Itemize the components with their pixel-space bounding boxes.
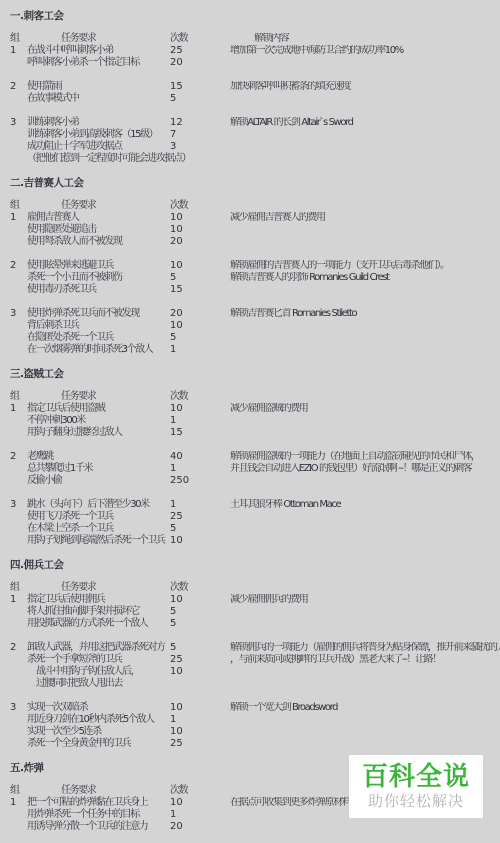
task-cell: 老鹰跳 bbox=[27, 451, 167, 463]
task-cell: 使用隐匿处避追击 bbox=[27, 224, 167, 236]
column-header-group: 组 bbox=[10, 33, 27, 45]
table-row: 杀死一个小丑而不被刺伤5解锁吉普赛人的羽饰 Romanies Guild Cre… bbox=[10, 272, 500, 284]
group-number: 3 bbox=[10, 499, 27, 511]
table-row: 杀死一个全身黄金甲的卫兵25 bbox=[10, 738, 500, 750]
unlock-cell: 解锁吉普赛人的羽饰 Romanies Guild Crest bbox=[230, 272, 500, 284]
count-cell: 15 bbox=[167, 427, 230, 439]
table-row: 呼叫刺客小弟杀一个指定目标20 bbox=[10, 57, 500, 69]
column-header-unlock bbox=[230, 200, 500, 212]
table-row: 1在战斗中呼叫刺客小弟25增加第一次完成地中海防卫合约的成功率10% bbox=[10, 45, 500, 57]
count-cell: 25 bbox=[167, 738, 230, 750]
task-cell: 用钩子划绳到尾端然后杀死一个卫兵 bbox=[27, 535, 167, 547]
task-cell: 呼叫刺客小弟杀一个指定目标 bbox=[27, 57, 167, 69]
task-cell: 把一个可粘的炸弹黏在卫兵身上 bbox=[27, 797, 167, 809]
unlock-cell: 解锁雇佣的吉普赛人的一项能力（支开卫兵后毒杀他们）。 bbox=[230, 260, 500, 272]
task-cell: 在一次烟雾弹的时间杀死3个敌人 bbox=[27, 344, 167, 356]
task-group: 3训练刺客小弟12解锁ALTAIR 的长剑 Altair`s Sword训练刺客… bbox=[10, 117, 500, 165]
table-row: 将人抓住推向脚手架并损坏它5 bbox=[10, 606, 500, 618]
count-cell: 1 bbox=[167, 463, 230, 475]
count-cell: 1 bbox=[167, 415, 230, 427]
unlock-cell bbox=[230, 141, 500, 153]
column-header-task: 任务要求 bbox=[27, 200, 167, 212]
task-cell: 用投掷武器的方式杀死一个敌人 bbox=[27, 618, 167, 630]
table-row: 背后刺杀卫兵10 bbox=[10, 320, 500, 332]
section-title: 二.吉普赛人工会 bbox=[10, 177, 500, 189]
count-cell: 12 bbox=[167, 117, 230, 129]
group-number bbox=[10, 141, 27, 153]
table-row: 在故事模式中5 bbox=[10, 93, 500, 105]
table-row: 不停冲刺300米1 bbox=[10, 415, 500, 427]
unlock-cell bbox=[230, 320, 500, 332]
group-number bbox=[10, 415, 27, 427]
table-row: 2使用箭雨15加快刺客呼叫积蓄条的填充速度 bbox=[10, 81, 500, 93]
column-header-group: 组 bbox=[10, 582, 27, 594]
column-header-unlock bbox=[230, 582, 500, 594]
table-row: 在隐匿处杀死一个卫兵5 bbox=[10, 332, 500, 344]
guild-section: 四.佣兵工会组任务要求次数1指定卫兵后使用佣兵10减少雇佣佣兵的费用将人抓住推向… bbox=[10, 559, 500, 750]
group-number: 2 bbox=[10, 260, 27, 272]
task-cell: 使用毒刃杀死卫兵 bbox=[27, 284, 167, 296]
task-group: 2使用眩晕弹来逃避卫兵10解锁雇佣的吉普赛人的一项能力（支开卫兵后毒杀他们）。杀… bbox=[10, 260, 500, 296]
count-cell: 7 bbox=[167, 129, 230, 141]
count-cell: 5 bbox=[167, 272, 230, 284]
task-cell: 指定卫兵后使用盗贼 bbox=[27, 403, 167, 415]
task-cell: 使用眩晕弹来逃避卫兵 bbox=[27, 260, 167, 272]
unlock-cell bbox=[230, 427, 500, 439]
task-group: 2老鹰跳40解锁雇佣盗贼的一项能力（在地面上自动盗窃碰见的市民和尸体，总共攀爬过… bbox=[10, 451, 500, 487]
unlock-cell: ，与前来质问或挑衅的卫兵开战）黑老大来了--！让路！ bbox=[230, 654, 500, 666]
unlock-cell: 并且钱会自动进入EZIO 的钱包里）好流氓啊 --！哪是正义的刺客 bbox=[230, 463, 500, 475]
count-cell: 10 bbox=[167, 702, 230, 714]
count-cell: 5 bbox=[167, 332, 230, 344]
task-cell: 用炸弹杀死一个任务中的目标 bbox=[27, 809, 167, 821]
table-header-row: 组任务要求次数解锁内容 bbox=[10, 33, 500, 45]
group-number bbox=[10, 129, 27, 141]
count-cell: 5 bbox=[167, 606, 230, 618]
unlock-cell bbox=[230, 738, 500, 750]
count-cell bbox=[167, 153, 230, 165]
group-number bbox=[10, 427, 27, 439]
task-cell: 在隐匿处杀死一个卫兵 bbox=[27, 332, 167, 344]
column-header-task: 任务要求 bbox=[27, 391, 167, 403]
group-number bbox=[10, 511, 27, 523]
count-cell: 10 bbox=[167, 594, 230, 606]
count-cell: 10 bbox=[167, 224, 230, 236]
section-title: 四.佣兵工会 bbox=[10, 559, 500, 571]
task-cell: 训练刺客小弟 bbox=[27, 117, 167, 129]
table-row: 用投掷武器的方式杀死一个敌人5 bbox=[10, 618, 500, 630]
unlock-cell bbox=[230, 714, 500, 726]
count-cell: 20 bbox=[167, 57, 230, 69]
column-header-group: 组 bbox=[10, 200, 27, 212]
section-title: 一.刺客工会 bbox=[10, 10, 500, 22]
table-row: 2使用眩晕弹来逃避卫兵10解锁雇佣的吉普赛人的一项能力（支开卫兵后毒杀他们）。 bbox=[10, 260, 500, 272]
group-number bbox=[10, 678, 27, 690]
group-number: 2 bbox=[10, 642, 27, 654]
unlock-cell: 减少雇佣吉普赛人的费用 bbox=[230, 212, 500, 224]
count-cell: 1 bbox=[167, 499, 230, 511]
count-cell: 10 bbox=[167, 666, 230, 678]
table-row: 使用飞刀杀死一个卫兵25 bbox=[10, 511, 500, 523]
count-cell: 1 bbox=[167, 714, 230, 726]
group-number bbox=[10, 463, 27, 475]
unlock-cell: 解锁一个宽大剑 Broadsword bbox=[230, 702, 500, 714]
task-cell: 在故事模式中 bbox=[27, 93, 167, 105]
count-cell: 15 bbox=[167, 284, 230, 296]
group-number bbox=[10, 475, 27, 487]
unlock-cell bbox=[230, 666, 500, 678]
guild-section: 二.吉普赛人工会组任务要求次数1雇佣吉普赛人10减少雇佣吉普赛人的费用使用隐匿处… bbox=[10, 177, 500, 356]
group-number bbox=[10, 57, 27, 69]
group-number bbox=[10, 523, 27, 535]
count-cell: 25 bbox=[167, 654, 230, 666]
group-number bbox=[10, 618, 27, 630]
table-row: 使用隐匿处避追击10 bbox=[10, 224, 500, 236]
task-group: 3使用炸弹杀死卫兵而不被发现20解锁吉普赛匕首 Romanies Stilett… bbox=[10, 308, 500, 356]
guild-section: 一.刺客工会组任务要求次数解锁内容1在战斗中呼叫刺客小弟25增加第一次完成地中海… bbox=[10, 10, 500, 165]
count-cell: 40 bbox=[167, 451, 230, 463]
task-group: 1指定卫兵后使用盗贼10减少雇佣盗贼的费用不停冲刺300米1用钩子翻身过腰经过敌… bbox=[10, 403, 500, 439]
task-group: 1雇佣吉普赛人10减少雇佣吉普赛人的费用使用隐匿处避追击10使用弩杀敌人而不被发… bbox=[10, 212, 500, 248]
table-row: 实现一次至少5连杀10 bbox=[10, 726, 500, 738]
task-cell: 不停冲刺300米 bbox=[27, 415, 167, 427]
group-number bbox=[10, 821, 27, 833]
column-header-count: 次数 bbox=[167, 200, 230, 212]
task-cell: 训练刺客小弟到高级刺客（15级） bbox=[27, 129, 167, 141]
table-row: 杀死一个手拿短斧的卫兵25，与前来质问或挑衅的卫兵开战）黑老大来了--！让路！ bbox=[10, 654, 500, 666]
task-cell: 将人抓住推向脚手架并损坏它 bbox=[27, 606, 167, 618]
task-cell: 雇佣吉普赛人 bbox=[27, 212, 167, 224]
group-number bbox=[10, 153, 27, 165]
column-header-count: 次数 bbox=[167, 785, 230, 797]
table-header-row: 组任务要求次数 bbox=[10, 582, 500, 594]
group-number: 1 bbox=[10, 403, 27, 415]
unlock-cell: 加快刺客呼叫积蓄条的填充速度 bbox=[230, 81, 500, 93]
task-cell: （把他们惹到一定程度时可能会进攻据点） bbox=[27, 153, 167, 165]
unlock-cell: 减少雇佣盗贼的费用 bbox=[230, 403, 500, 415]
unlock-cell bbox=[230, 344, 500, 356]
task-cell: 在战斗中呼叫刺客小弟 bbox=[27, 45, 167, 57]
table-row: 3使用炸弹杀死卫兵而不被发现20解锁吉普赛匕首 Romanies Stilett… bbox=[10, 308, 500, 320]
column-header-group: 组 bbox=[10, 785, 27, 797]
watermark: 百科全说 助你轻松解决 bbox=[349, 755, 483, 818]
unlock-cell: 解锁吉普赛匕首 Romanies Stiletto bbox=[230, 308, 500, 320]
group-number: 2 bbox=[10, 81, 27, 93]
column-header-task: 任务要求 bbox=[27, 33, 167, 45]
count-cell: 20 bbox=[167, 821, 230, 833]
count-cell: 250 bbox=[167, 475, 230, 487]
count-cell: 10 bbox=[167, 260, 230, 272]
table-row: 用近身刀剑在10秒内杀死5个敌人1 bbox=[10, 714, 500, 726]
table-row: 2卸敌人武器，并用这把武器杀死对方5解锁佣兵的一项能力（雇佣的佣兵将晋身为贴身保… bbox=[10, 642, 500, 654]
task-cell: 背后刺杀卫兵 bbox=[27, 320, 167, 332]
group-number bbox=[10, 236, 27, 248]
count-cell: 10 bbox=[167, 320, 230, 332]
group-number bbox=[10, 332, 27, 344]
group-number bbox=[10, 809, 27, 821]
task-cell: 反偷小偷 bbox=[27, 475, 167, 487]
task-group: 1在战斗中呼叫刺客小弟25增加第一次完成地中海防卫合约的成功率10%呼叫刺客小弟… bbox=[10, 45, 500, 69]
unlock-cell: 解锁佣兵的一项能力（雇佣的佣兵将晋身为贴身保镖，推开前来骚扰的人 bbox=[230, 642, 500, 654]
unlock-cell bbox=[230, 511, 500, 523]
unlock-cell bbox=[230, 415, 500, 427]
task-cell: 过腰同时把敌人甩出去 bbox=[27, 678, 167, 690]
unlock-cell: 解锁雇佣盗贼的一项能力（在地面上自动盗窃碰见的市民和尸体， bbox=[230, 451, 500, 463]
unlock-cell bbox=[230, 475, 500, 487]
group-number: 1 bbox=[10, 797, 27, 809]
task-cell: 杀死一个小丑而不被刺伤 bbox=[27, 272, 167, 284]
unlock-cell bbox=[230, 57, 500, 69]
task-cell: 实现一次双暗杀 bbox=[27, 702, 167, 714]
task-cell: 指定卫兵后使用佣兵 bbox=[27, 594, 167, 606]
task-cell: 用近身刀剑在10秒内杀死5个敌人 bbox=[27, 714, 167, 726]
guild-section: 三.盗贼工会组任务要求次数1指定卫兵后使用盗贼10减少雇佣盗贼的费用不停冲刺30… bbox=[10, 368, 500, 547]
task-cell: 实现一次至少5连杀 bbox=[27, 726, 167, 738]
table-row: 总共攀爬过1千米1并且钱会自动进入EZIO 的钱包里）好流氓啊 --！哪是正义的… bbox=[10, 463, 500, 475]
group-number: 1 bbox=[10, 45, 27, 57]
column-header-unlock bbox=[230, 391, 500, 403]
count-cell: 1 bbox=[167, 809, 230, 821]
count-cell: 5 bbox=[167, 642, 230, 654]
table-row: 用钩子划绳到尾端然后杀死一个卫兵10 bbox=[10, 535, 500, 547]
table-row: 3跳水（头向下）后下潜至少30米1土耳其狼牙棒 Ottoman Mace bbox=[10, 499, 500, 511]
group-number bbox=[10, 738, 27, 750]
table-row: 3训练刺客小弟12解锁ALTAIR 的长剑 Altair`s Sword bbox=[10, 117, 500, 129]
unlock-cell bbox=[230, 821, 500, 833]
column-header-task: 任务要求 bbox=[27, 785, 167, 797]
group-number: 3 bbox=[10, 702, 27, 714]
group-number bbox=[10, 714, 27, 726]
table-row: 反偷小偷250 bbox=[10, 475, 500, 487]
unlock-cell: 减少雇佣佣兵的费用 bbox=[230, 594, 500, 606]
unlock-cell bbox=[230, 535, 500, 547]
table-row: 过腰同时把敌人甩出去 bbox=[10, 678, 500, 690]
table-row: 用钩子翻身过腰经过敌人15 bbox=[10, 427, 500, 439]
unlock-cell bbox=[230, 726, 500, 738]
group-number: 2 bbox=[10, 451, 27, 463]
column-header-count: 次数 bbox=[167, 391, 230, 403]
group-number bbox=[10, 654, 27, 666]
task-cell: 用钩子翻身过腰经过敌人 bbox=[27, 427, 167, 439]
unlock-cell bbox=[230, 618, 500, 630]
task-cell: 跳水（头向下）后下潜至少30米 bbox=[27, 499, 167, 511]
table-row: 1指定卫兵后使用盗贼10减少雇佣盗贼的费用 bbox=[10, 403, 500, 415]
table-row: 1雇佣吉普赛人10减少雇佣吉普赛人的费用 bbox=[10, 212, 500, 224]
unlock-cell bbox=[230, 678, 500, 690]
unlock-cell: 土耳其狼牙棒 Ottoman Mace bbox=[230, 499, 500, 511]
task-cell: 总共攀爬过1千米 bbox=[27, 463, 167, 475]
table-row: 2老鹰跳40解锁雇佣盗贼的一项能力（在地面上自动盗窃碰见的市民和尸体， bbox=[10, 451, 500, 463]
group-number bbox=[10, 344, 27, 356]
group-number bbox=[10, 606, 27, 618]
task-group: 2使用箭雨15加快刺客呼叫积蓄条的填充速度在故事模式中5 bbox=[10, 81, 500, 105]
count-cell: 10 bbox=[167, 212, 230, 224]
table-row: 用诱导弹分散一个卫兵的注意力20 bbox=[10, 821, 500, 833]
section-title: 三.盗贼工会 bbox=[10, 368, 500, 380]
task-cell: 杀死一个全身黄金甲的卫兵 bbox=[27, 738, 167, 750]
group-number: 3 bbox=[10, 117, 27, 129]
task-cell: 使用箭雨 bbox=[27, 81, 167, 93]
task-group: 2卸敌人武器，并用这把武器杀死对方5解锁佣兵的一项能力（雇佣的佣兵将晋身为贴身保… bbox=[10, 642, 500, 690]
table-header-row: 组任务要求次数 bbox=[10, 200, 500, 212]
group-number bbox=[10, 726, 27, 738]
count-cell: 15 bbox=[167, 81, 230, 93]
watermark-logo-text: 百科全说 bbox=[349, 762, 483, 792]
unlock-cell bbox=[230, 606, 500, 618]
task-cell: 成功阻止十字军进攻据点 bbox=[27, 141, 167, 153]
unlock-cell bbox=[230, 93, 500, 105]
unlock-cell: 解锁ALTAIR 的长剑 Altair`s Sword bbox=[230, 117, 500, 129]
count-cell bbox=[167, 678, 230, 690]
task-cell: 在木梁上空杀一个卫兵 bbox=[27, 523, 167, 535]
table-row: 在一次烟雾弹的时间杀死3个敌人1 bbox=[10, 344, 500, 356]
task-group: 3跳水（头向下）后下潜至少30米1土耳其狼牙棒 Ottoman Mace使用飞刀… bbox=[10, 499, 500, 547]
group-number bbox=[10, 93, 27, 105]
group-number bbox=[10, 535, 27, 547]
task-cell: 使用炸弹杀死卫兵而不被发现 bbox=[27, 308, 167, 320]
task-cell: 杀死一个手拿短斧的卫兵 bbox=[27, 654, 167, 666]
table-header-row: 组任务要求次数 bbox=[10, 391, 500, 403]
task-cell: 使用飞刀杀死一个卫兵 bbox=[27, 511, 167, 523]
column-header-count: 次数 bbox=[167, 582, 230, 594]
column-header-group: 组 bbox=[10, 391, 27, 403]
group-number: 3 bbox=[10, 308, 27, 320]
column-header-count: 次数 bbox=[167, 33, 230, 45]
unlock-cell bbox=[230, 153, 500, 165]
task-cell: 用诱导弹分散一个卫兵的注意力 bbox=[27, 821, 167, 833]
table-row: （把他们惹到一定程度时可能会进攻据点） bbox=[10, 153, 500, 165]
unlock-cell bbox=[230, 284, 500, 296]
table-row: 使用弩杀敌人而不被发现20 bbox=[10, 236, 500, 248]
group-number bbox=[10, 320, 27, 332]
count-cell: 5 bbox=[167, 523, 230, 535]
group-number bbox=[10, 272, 27, 284]
group-number bbox=[10, 666, 27, 678]
table-row: 1指定卫兵后使用佣兵10减少雇佣佣兵的费用 bbox=[10, 594, 500, 606]
unlock-cell: 增加第一次完成地中海防卫合约的成功率10% bbox=[230, 45, 500, 57]
column-header-task: 任务要求 bbox=[27, 582, 167, 594]
count-cell: 10 bbox=[167, 726, 230, 738]
unlock-cell bbox=[230, 332, 500, 344]
count-cell: 5 bbox=[167, 93, 230, 105]
count-cell: 1 bbox=[167, 344, 230, 356]
count-cell: 25 bbox=[167, 511, 230, 523]
task-group: 1指定卫兵后使用佣兵10减少雇佣佣兵的费用将人抓住推向脚手架并损坏它5用投掷武器… bbox=[10, 594, 500, 630]
count-cell: 10 bbox=[167, 403, 230, 415]
group-number: 1 bbox=[10, 594, 27, 606]
count-cell: 10 bbox=[167, 797, 230, 809]
group-number bbox=[10, 224, 27, 236]
table-row: 使用毒刃杀死卫兵15 bbox=[10, 284, 500, 296]
watermark-tagline: 助你轻松解决 bbox=[349, 792, 483, 810]
table-row: 成功阻止十字军进攻据点3 bbox=[10, 141, 500, 153]
guide-document: 一.刺客工会组任务要求次数解锁内容1在战斗中呼叫刺客小弟25增加第一次完成地中海… bbox=[0, 0, 500, 833]
column-header-unlock: 解锁内容 bbox=[230, 33, 500, 45]
task-cell: 使用弩杀敌人而不被发现 bbox=[27, 236, 167, 248]
group-number bbox=[10, 284, 27, 296]
count-cell: 25 bbox=[167, 45, 230, 57]
unlock-cell bbox=[230, 523, 500, 535]
unlock-cell bbox=[230, 236, 500, 248]
count-cell: 5 bbox=[167, 618, 230, 630]
group-number: 1 bbox=[10, 212, 27, 224]
count-cell: 20 bbox=[167, 236, 230, 248]
count-cell: 20 bbox=[167, 308, 230, 320]
task-group: 3实现一次双暗杀10解锁一个宽大剑 Broadsword用近身刀剑在10秒内杀死… bbox=[10, 702, 500, 750]
table-row: 训练刺客小弟到高级刺客（15级）7 bbox=[10, 129, 500, 141]
table-row: 在木梁上空杀一个卫兵5 bbox=[10, 523, 500, 535]
table-row: 3实现一次双暗杀10解锁一个宽大剑 Broadsword bbox=[10, 702, 500, 714]
count-cell: 10 bbox=[167, 535, 230, 547]
unlock-cell bbox=[230, 129, 500, 141]
task-cell: 战斗中用钩子钩住敌人后， bbox=[27, 666, 167, 678]
count-cell: 3 bbox=[167, 141, 230, 153]
task-cell: 卸敌人武器，并用这把武器杀死对方 bbox=[27, 642, 167, 654]
table-row: 战斗中用钩子钩住敌人后，10 bbox=[10, 666, 500, 678]
unlock-cell bbox=[230, 224, 500, 236]
